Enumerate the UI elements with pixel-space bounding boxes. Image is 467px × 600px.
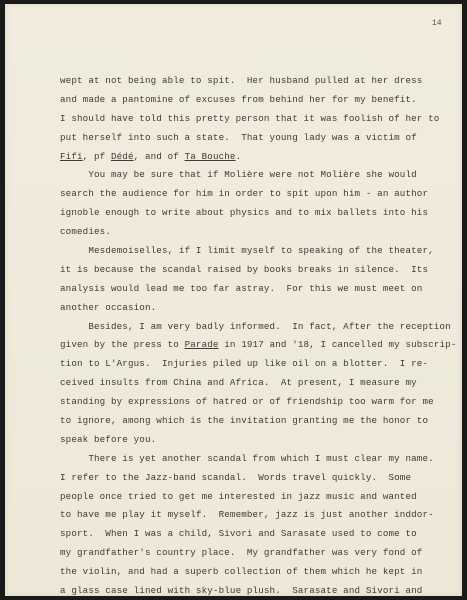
text-line: the violin, and had a superb collection … xyxy=(60,563,460,582)
text-line: I should have told this pretty person th… xyxy=(60,110,460,129)
text-line: tion to L'Argus. Injuries piled up like … xyxy=(60,355,460,374)
text-line: There is yet another scandal from which … xyxy=(60,450,460,469)
text-line: put herself into such a state. That youn… xyxy=(60,129,460,148)
body-text: wept at not being able to spit. Her husb… xyxy=(60,72,460,600)
text-span: . xyxy=(236,151,242,162)
text-line: comedies. xyxy=(60,223,460,242)
text-line: standing by expressions of hatred or of … xyxy=(60,393,460,412)
text-span: given by the press to xyxy=(60,339,185,350)
text-line: wept at not being able to spit. Her husb… xyxy=(60,72,460,91)
text-line: given by the press to Parade in 1917 and… xyxy=(60,336,460,355)
text-line: search the audience for him in order to … xyxy=(60,185,460,204)
text-line: people once tried to get me interested i… xyxy=(60,488,460,507)
text-line: my grandfather's country place. My grand… xyxy=(60,544,460,563)
text-line: ceived insults from China and Africa. At… xyxy=(60,374,460,393)
typewritten-page: 14 wept at not being able to spit. Her h… xyxy=(5,4,462,596)
text-line: ignoble enough to write about physics an… xyxy=(60,204,460,223)
text-line: it is because the scandal raised by book… xyxy=(60,261,460,280)
underlined-title: Ta Bouche xyxy=(185,151,236,162)
text-line: Mesdemoiselles, if I limit myself to spe… xyxy=(60,242,460,261)
text-line: speak before you. xyxy=(60,431,460,450)
underlined-title: Parade xyxy=(185,339,219,350)
page-number: 14 xyxy=(432,19,442,28)
underlined-title: Dédé xyxy=(111,151,134,162)
text-line: sport. When I was a child, Sivori and Sa… xyxy=(60,525,460,544)
text-span: , pf xyxy=(83,151,111,162)
text-line: You may be sure that if Molière were not… xyxy=(60,166,460,185)
text-line: to have me play it myself. Remember, jaz… xyxy=(60,506,460,525)
text-line: another occasion. xyxy=(60,299,460,318)
text-span: in 1917 and '18, I cancelled my subscrip… xyxy=(219,339,457,350)
text-line: a glass case lined with sky-blue plush. … xyxy=(60,582,460,600)
text-line: to ignore, among which is the invitation… xyxy=(60,412,460,431)
underlined-title: Fifi xyxy=(60,151,83,162)
text-line: analysis would lead me too far astray. F… xyxy=(60,280,460,299)
text-line: and made a pantomine of excuses from beh… xyxy=(60,91,460,110)
text-line: Fifi, pf Dédé, and of Ta Bouche. xyxy=(60,148,460,167)
text-line: Besides, I am very badly informed. In fa… xyxy=(60,318,460,337)
text-line: I refer to the Jazz-band scandal. Words … xyxy=(60,469,460,488)
text-span: , and of xyxy=(134,151,185,162)
